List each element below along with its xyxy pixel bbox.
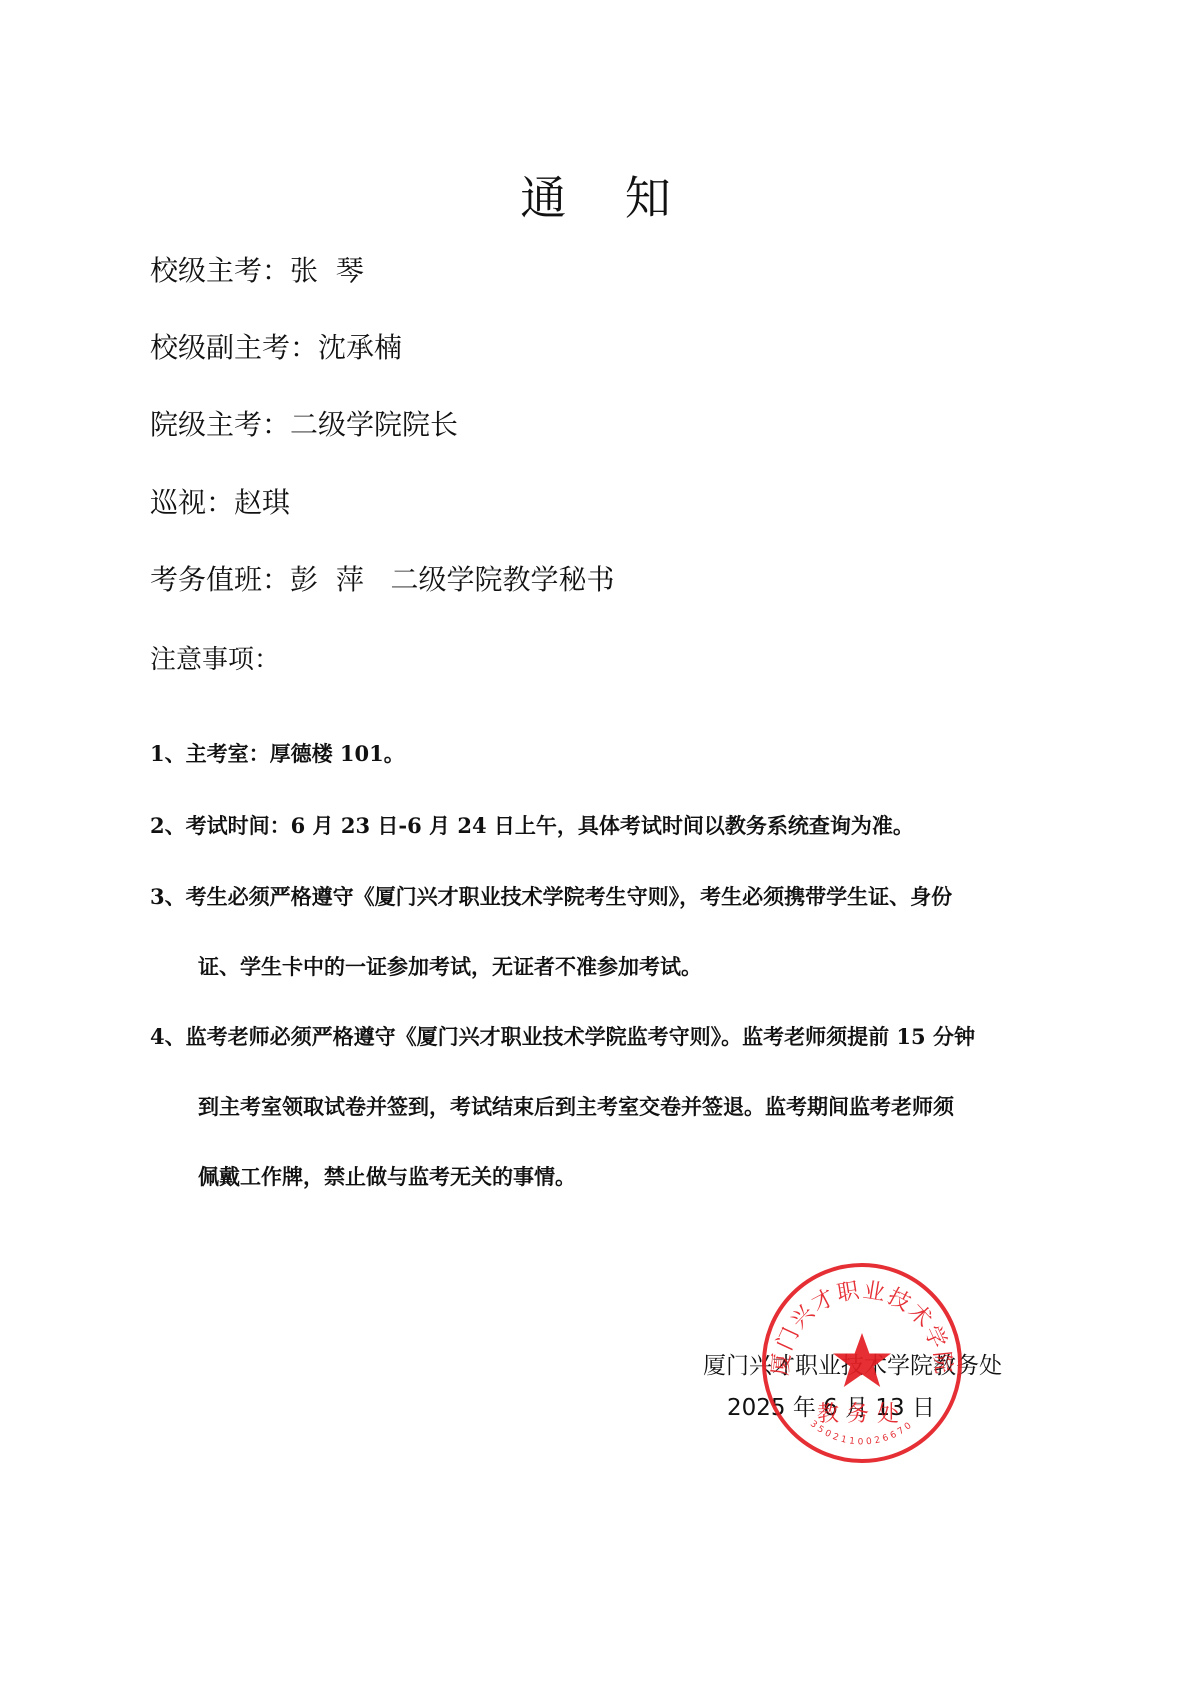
- notes-heading: 注意事项：: [150, 642, 280, 678]
- role-value: 赵琪: [234, 486, 290, 519]
- role-label: 校级副主考：: [150, 331, 318, 364]
- role-duty-officer: 考务值班：彭 萍 二级学院教学秘书: [150, 562, 615, 598]
- note-item-1: 1、主考室：厚德楼 101。: [150, 740, 405, 768]
- issue-date: 2025 年 6 月 13 日: [727, 1393, 935, 1423]
- role-label: 考务值班：: [150, 563, 290, 596]
- issuer-signature: 厦门兴才职业技术学院教务处: [703, 1351, 1002, 1381]
- note-item-4: 4、监考老师必须严格遵守《厦门兴才职业技术学院监考守则》。监考老师须提前 15 …: [150, 1023, 975, 1051]
- role-inspector: 巡视：赵琪: [150, 485, 290, 521]
- role-value: 彭 萍 二级学院教学秘书: [290, 563, 615, 596]
- page-title: 通 知: [0, 168, 1191, 228]
- svg-text:3502110026670: 3502110026670: [808, 1419, 916, 1447]
- notice-page: 通 知 校级主考：张 琴 校级副主考：沈承楠 院级主考：二级学院院长 巡视：赵琪…: [0, 0, 1191, 1684]
- note-item-3-continuation: 证、学生卡中的一证参加考试，无证者不准参加考试。: [198, 953, 702, 981]
- note-item-4-continuation-2: 佩戴工作牌，禁止做与监考无关的事情。: [198, 1163, 576, 1191]
- seal-code: 3502110026670: [808, 1419, 916, 1447]
- role-label: 校级主考：: [150, 254, 290, 287]
- note-item-3: 3、考生必须严格遵守《厦门兴才职业技术学院考生守则》，考生必须携带学生证、身份: [150, 883, 952, 911]
- role-label: 巡视：: [150, 486, 234, 519]
- role-label: 院级主考：: [150, 408, 290, 441]
- role-value: 张 琴: [290, 254, 364, 287]
- note-item-2: 2、考试时间：6 月 23 日-6 月 24 日上午，具体考试时间以教务系统查询…: [150, 812, 914, 840]
- note-item-4-continuation-1: 到主考室领取试卷并签到，考试结束后到主考室交卷并签退。监考期间监考老师须: [198, 1093, 954, 1121]
- role-value: 二级学院院长: [290, 408, 458, 441]
- role-value: 沈承楠: [318, 331, 402, 364]
- role-chief-examiner: 校级主考：张 琴: [150, 253, 364, 289]
- role-college-examiner: 院级主考：二级学院院长: [150, 407, 458, 443]
- role-deputy-chief-examiner: 校级副主考：沈承楠: [150, 330, 402, 366]
